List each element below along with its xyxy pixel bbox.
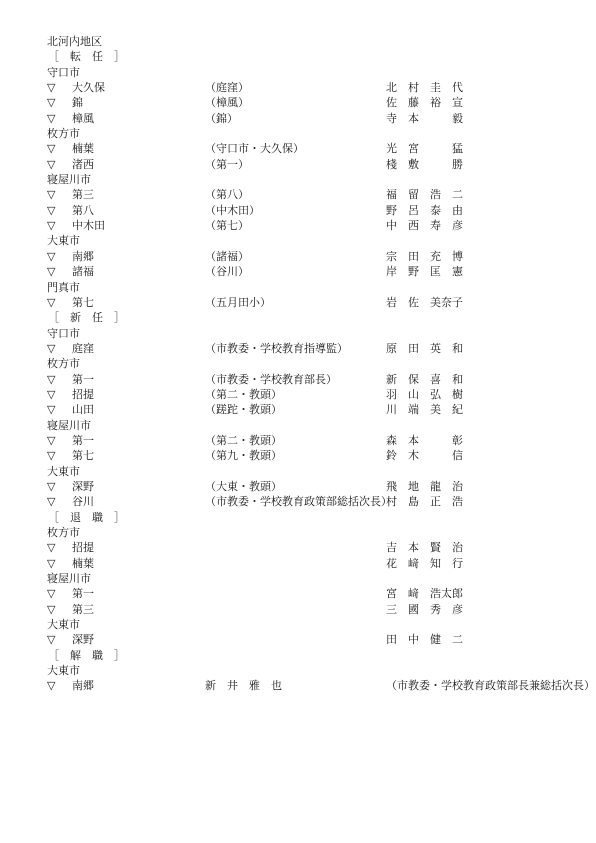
school-name: 第三: [72, 188, 94, 203]
person-name: 村 島 正 浩: [386, 495, 463, 510]
triangle-marker: ▽: [47, 142, 55, 157]
triangle-marker: ▽: [47, 96, 55, 111]
school-name: 諸福: [72, 265, 94, 280]
triangle-marker: ▽: [47, 587, 55, 602]
prior-post: （第八）: [205, 188, 249, 203]
city-header: 寝屋川市: [0, 419, 596, 434]
person-name: 川 端 美 紀: [386, 403, 463, 418]
prior-post: （市教委・学校教育指導監）: [205, 342, 348, 357]
triangle-marker: ▽: [47, 112, 55, 127]
triangle-marker: ▽: [47, 480, 55, 495]
prior-post: （中木田）: [205, 204, 260, 219]
school-name: 第一: [72, 434, 94, 449]
city-header: 大東市: [0, 465, 596, 480]
person-name: 寺 本 毅: [386, 112, 463, 127]
triangle-marker: ▽: [47, 296, 55, 311]
person-name: 新 井 雅 也: [205, 679, 282, 694]
personnel-row: ▽招提吉 本 賢 治: [0, 541, 596, 556]
prior-post: （谷川）: [205, 265, 249, 280]
city-header: 枚方市: [0, 127, 596, 142]
person-name: 中 西 寿 彦: [386, 219, 463, 234]
city-header: 枚方市: [0, 357, 596, 372]
personnel-row: ▽庭窪（市教委・学校教育指導監）原 田 英 和: [0, 342, 596, 357]
person-name: 光 宮 猛: [386, 142, 463, 157]
personnel-row: ▽第一（市教委・学校教育部長）新 保 喜 和: [0, 373, 596, 388]
city-header: 守口市: [0, 66, 596, 81]
person-name: 福 留 浩 二: [386, 188, 463, 203]
city-header: 守口市: [0, 327, 596, 342]
personnel-row: ▽第三（第八）福 留 浩 二: [0, 188, 596, 203]
school-name: 南郷: [72, 250, 94, 265]
triangle-marker: ▽: [47, 449, 55, 464]
school-name: 樟風: [72, 112, 94, 127]
personnel-row: ▽南郷新 井 雅 也（市教委・学校教育政策部長兼総括次長）: [0, 679, 596, 694]
city-header: 大東市: [0, 664, 596, 679]
personnel-row: ▽大久保（庭窪）北 村 圭 代: [0, 81, 596, 96]
prior-post: （第一）: [205, 158, 249, 173]
school-name: 中木田: [72, 219, 105, 234]
school-name: 錦: [72, 96, 83, 111]
triangle-marker: ▽: [47, 265, 55, 280]
person-name: 田 中 健 二: [386, 633, 463, 648]
personnel-row: ▽南郷（諸福）宗 田 充 博: [0, 250, 596, 265]
person-name: 花 﨑 知 行: [386, 557, 463, 572]
triangle-marker: ▽: [47, 81, 55, 96]
school-name: 山田: [72, 403, 94, 418]
school-name: 楠葉: [72, 557, 94, 572]
post-note: （市教委・学校教育政策部長兼総括次長）: [386, 679, 595, 694]
city-header: 大東市: [0, 234, 596, 249]
person-name: 岸 野 匡 憲: [386, 265, 463, 280]
school-name: 谷川: [72, 495, 94, 510]
prior-post: （第二・教頭）: [205, 434, 282, 449]
personnel-row: ▽第三三 國 秀 彦: [0, 603, 596, 618]
personnel-row: ▽第七（第九・教頭）鈴 木 信: [0, 449, 596, 464]
personnel-row: ▽山田（蹉跎・教頭）川 端 美 紀: [0, 403, 596, 418]
person-name: 棧 敷 勝: [386, 158, 463, 173]
prior-post: （市教委・学校教育政策部総括次長）: [205, 495, 392, 510]
school-name: 大久保: [72, 81, 105, 96]
personnel-row: ▽樟風（錦）寺 本 毅: [0, 112, 596, 127]
prior-post: （庭窪）: [205, 81, 249, 96]
section-header-dismissal: ［ 解 職 ］: [0, 649, 596, 664]
triangle-marker: ▽: [47, 373, 55, 388]
school-name: 楠葉: [72, 142, 94, 157]
prior-post: （諸福）: [205, 250, 249, 265]
prior-post: （蹉跎・教頭）: [205, 403, 282, 418]
prior-post: （市教委・学校教育部長）: [205, 373, 337, 388]
city-header: 寝屋川市: [0, 173, 596, 188]
personnel-row: ▽招提（第二・教頭）羽 山 弘 樹: [0, 388, 596, 403]
personnel-row: ▽諸福（谷川）岸 野 匡 憲: [0, 265, 596, 280]
triangle-marker: ▽: [47, 250, 55, 265]
personnel-row: ▽第七（五月田小）岩 佐 美奈子: [0, 296, 596, 311]
school-name: 招提: [72, 388, 94, 403]
person-name: 佐 藤 裕 宣: [386, 96, 463, 111]
school-name: 第七: [72, 296, 94, 311]
personnel-row: ▽楠葉（守口市・大久保）光 宮 猛: [0, 142, 596, 157]
personnel-row: ▽第八（中木田）野 呂 泰 由: [0, 204, 596, 219]
triangle-marker: ▽: [47, 158, 55, 173]
school-name: 招提: [72, 541, 94, 556]
city-header: 門真市: [0, 281, 596, 296]
triangle-marker: ▽: [47, 495, 55, 510]
triangle-marker: ▽: [47, 204, 55, 219]
person-name: 新 保 喜 和: [386, 373, 463, 388]
personnel-row: ▽中木田（第七）中 西 寿 彦: [0, 219, 596, 234]
triangle-marker: ▽: [47, 557, 55, 572]
personnel-row: ▽錦（樟風）佐 藤 裕 宣: [0, 96, 596, 111]
person-name: 宮 﨑 浩太郎: [386, 587, 463, 602]
personnel-row: ▽第一（第二・教頭）森 本 彰: [0, 434, 596, 449]
personnel-row: ▽谷川（市教委・学校教育政策部総括次長）村 島 正 浩: [0, 495, 596, 510]
person-name: 北 村 圭 代: [386, 81, 463, 96]
personnel-row: ▽渚西（第一）棧 敷 勝: [0, 158, 596, 173]
prior-post: （五月田小）: [205, 296, 271, 311]
school-name: 第三: [72, 603, 94, 618]
school-name: 第一: [72, 587, 94, 602]
city-header: 枚方市: [0, 526, 596, 541]
triangle-marker: ▽: [47, 188, 55, 203]
person-name: 宗 田 充 博: [386, 250, 463, 265]
prior-post: （錦）: [205, 112, 238, 127]
personnel-row: ▽楠葉花 﨑 知 行: [0, 557, 596, 572]
city-header: 寝屋川市: [0, 572, 596, 587]
school-name: 渚西: [72, 158, 94, 173]
school-name: 深野: [72, 633, 94, 648]
person-name: 原 田 英 和: [386, 342, 463, 357]
prior-post: （第二・教頭）: [205, 388, 282, 403]
school-name: 庭窪: [72, 342, 94, 357]
prior-post: （第九・教頭）: [205, 449, 282, 464]
triangle-marker: ▽: [47, 541, 55, 556]
person-name: 羽 山 弘 樹: [386, 388, 463, 403]
person-name: 岩 佐 美奈子: [386, 296, 463, 311]
school-name: 第八: [72, 204, 94, 219]
personnel-announcement-page: 北河内地区 ［ 転 任 ］ 守口市 ▽大久保（庭窪）北 村 圭 代 ▽錦（樟風）…: [0, 0, 596, 843]
triangle-marker: ▽: [47, 603, 55, 618]
section-header-retirement: ［ 退 職 ］: [0, 511, 596, 526]
prior-post: （樟風）: [205, 96, 249, 111]
personnel-row: ▽深野（大東・教頭）飛 地 龍 治: [0, 480, 596, 495]
personnel-row: ▽第一宮 﨑 浩太郎: [0, 587, 596, 602]
person-name: 飛 地 龍 治: [386, 480, 463, 495]
person-name: 森 本 彰: [386, 434, 463, 449]
prior-post: （第七）: [205, 219, 249, 234]
personnel-row: ▽深野田 中 健 二: [0, 633, 596, 648]
school-name: 南郷: [72, 679, 94, 694]
triangle-marker: ▽: [47, 388, 55, 403]
triangle-marker: ▽: [47, 342, 55, 357]
prior-post: （守口市・大久保）: [205, 142, 304, 157]
person-name: 野 呂 泰 由: [386, 204, 463, 219]
person-name: 吉 本 賢 治: [386, 541, 463, 556]
triangle-marker: ▽: [47, 679, 55, 694]
section-header-transfer: ［ 転 任 ］: [0, 50, 596, 65]
person-name: 三 國 秀 彦: [386, 603, 463, 618]
school-name: 第七: [72, 449, 94, 464]
region-title: 北河内地区: [0, 35, 596, 50]
school-name: 深野: [72, 480, 94, 495]
section-header-newly-appointed: ［ 新 任 ］: [0, 311, 596, 326]
school-name: 第一: [72, 373, 94, 388]
triangle-marker: ▽: [47, 403, 55, 418]
triangle-marker: ▽: [47, 434, 55, 449]
triangle-marker: ▽: [47, 633, 55, 648]
prior-post: （大東・教頭）: [205, 480, 282, 495]
city-header: 大東市: [0, 618, 596, 633]
triangle-marker: ▽: [47, 219, 55, 234]
person-name: 鈴 木 信: [386, 449, 463, 464]
